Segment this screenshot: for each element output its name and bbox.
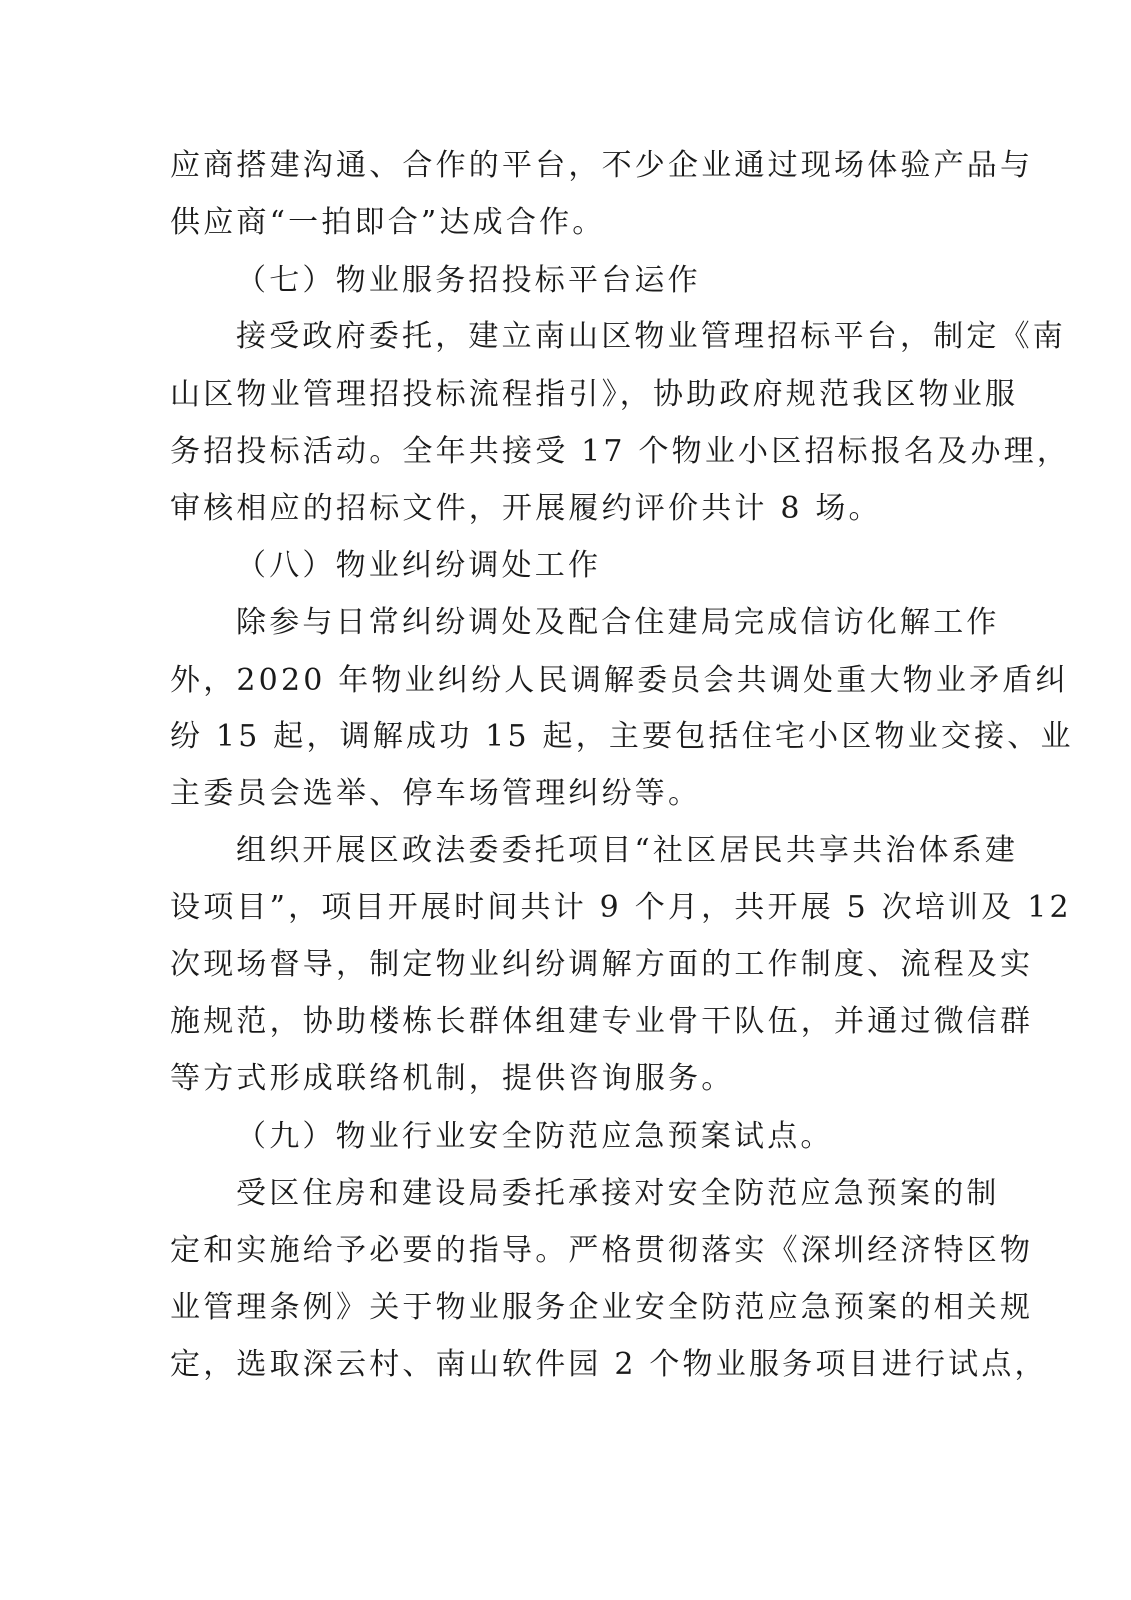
body-line: 定，选取深云村、南山软件园 2 个物业服务项目进行试点，: [170, 1345, 970, 1385]
body-line: 外，2020 年物业纠纷人民调解委员会共调处重大物业矛盾纠: [170, 661, 970, 701]
body-line: 设项目”，项目开展时间共计 9 个月，共开展 5 次培训及 12: [170, 888, 970, 928]
paragraph-first-line: 组织开展区政法委委托项目“社区居民共享共治体系建: [236, 831, 1036, 871]
document-page: 应商搭建沟通、合作的平台，不少企业通过现场体验产品与 供应商“一拍即合”达成合作…: [0, 0, 1131, 1600]
body-line: 供应商“一拍即合”达成合作。: [170, 203, 970, 243]
body-line: 等方式形成联络机制，提供咨询服务。: [170, 1059, 970, 1099]
paragraph-first-line: 接受政府委托，建立南山区物业管理招标平台，制定《南: [236, 317, 1036, 357]
body-line: 纷 15 起，调解成功 15 起，主要包括住宅小区物业交接、业: [170, 717, 970, 757]
paragraph-first-line: 除参与日常纠纷调处及配合住建局完成信访化解工作: [236, 603, 1036, 643]
body-line: 业管理条例》关于物业服务企业安全防范应急预案的相关规: [170, 1288, 970, 1328]
body-line: 次现场督导，制定物业纠纷调解方面的工作制度、流程及实: [170, 945, 970, 985]
paragraph-first-line: 受区住房和建设局委托承接对安全防范应急预案的制: [236, 1174, 1036, 1214]
body-line: 审核相应的招标文件，开展履约评价共计 8 场。: [170, 489, 970, 529]
section-heading-7: （七）物业服务招投标平台运作: [236, 261, 1036, 301]
body-line: 务招投标活动。全年共接受 17 个物业小区招标报名及办理，: [170, 432, 970, 472]
body-line: 山区物业管理招投标流程指引》，协助政府规范我区物业服: [170, 375, 970, 415]
section-heading-9: （九）物业行业安全防范应急预案试点。: [236, 1117, 1036, 1157]
body-line: 定和实施给予必要的指导。严格贯彻落实《深圳经济特区物: [170, 1231, 970, 1271]
body-line: 应商搭建沟通、合作的平台，不少企业通过现场体验产品与: [170, 146, 970, 186]
section-heading-8: （八）物业纠纷调处工作: [236, 546, 1036, 586]
body-line: 主委员会选举、停车场管理纠纷等。: [170, 774, 970, 814]
body-line: 施规范，协助楼栋长群体组建专业骨干队伍，并通过微信群: [170, 1002, 970, 1042]
